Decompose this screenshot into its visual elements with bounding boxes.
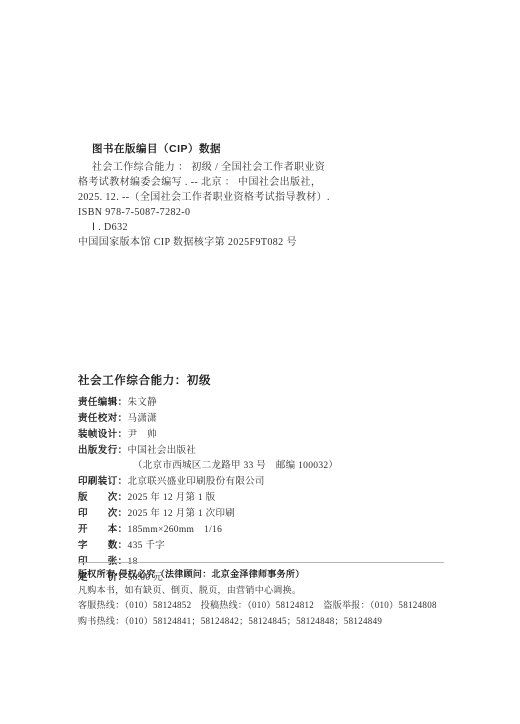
info-value: 尹 帅 [128,430,157,440]
info-row-proofreader: 责任校对：马潇潇 [78,411,448,427]
cip-line-3: 2025. 12. --（全国社会工作者职业资格考试指导教材）. [78,190,448,205]
book-info-block: 社会工作综合能力：初级 责任编辑：朱文静 责任校对：马潇潇 装帧设计：尹 帅 出… [78,372,448,586]
info-row-designer: 装帧设计：尹 帅 [78,427,448,443]
info-label: 版 次： [78,492,128,503]
info-label: 责任编辑： [78,397,128,408]
cip-block: 图书在版编目（CIP）数据 社会工作综合能力 ： 初级 / 全国社会工作者职业资… [78,141,448,250]
info-value: 2025 年 12 月第 1 版 [128,493,216,503]
info-value: 2025 年 12 月第 1 次印刷 [128,509,236,519]
copyright-notice: 版权所有·侵权必究（法律顾问：北京金泽律师事务所） [78,567,468,583]
info-label: 字 数： [78,540,128,551]
cip-record-number-line: 中国国家版本馆 CIP 数据核字第 2025F9T082 号 [78,235,448,250]
info-value: 185mm×260mm 1/16 [128,525,223,535]
purchase-hotline-line: 购书热线：（010）58124841；58124842；58124845；581… [78,614,468,630]
cip-isbn-line: ISBN 978-7-5087-7282-0 [78,205,448,220]
info-value: 435 千字 [128,541,165,551]
info-row-impression: 印 次：2025 年 12 月第 1 次印刷 [78,506,448,522]
info-row-format: 开 本：185mm×260mm 1/16 [78,522,448,538]
cip-classification-line: Ⅰ . D632 [78,220,448,235]
info-label: 开 本： [78,524,128,535]
cip-line-1: 社会工作综合能力 ： 初级 / 全国社会工作者职业资 [78,160,448,175]
copyright-page: 图书在版编目（CIP）数据 社会工作综合能力 ： 初级 / 全国社会工作者职业资… [0,0,520,724]
info-value: 北京联兴盛业印刷股份有限公司 [128,477,265,487]
info-row-editor: 责任编辑：朱文静 [78,395,448,411]
book-title: 社会工作综合能力：初级 [78,372,448,388]
info-label: 出版发行： [78,445,128,456]
copyright-block: 版权所有·侵权必究（法律顾问：北京金泽律师事务所） 凡购本书，如有缺页、倒页、脱… [78,567,468,629]
info-value: 朱文静 [128,398,157,408]
info-row-publisher: 出版发行：中国社会出版社 [78,443,448,459]
info-value: 中国社会出版社 [128,446,197,456]
cip-line-2: 格考试教材编委会编写 . -- 北京 ： 中国社会出版社， [78,175,448,190]
info-row-edition: 版 次：2025 年 12 月第 1 版 [78,490,448,506]
info-label: 印刷装订： [78,476,128,487]
info-label: 装帧设计： [78,429,128,440]
info-row-word-count: 字 数：435 千字 [78,538,448,554]
info-label: 印 次： [78,508,128,519]
service-hotline-line: 客服热线：（010）58124852 投稿热线：（010）58124812 盗版… [78,598,468,614]
horizontal-rule [78,562,444,563]
info-value: 马潇潇 [128,414,157,424]
exchange-policy-line: 凡购本书，如有缺页、倒页、脱页，由营销中心调换。 [78,583,468,599]
info-label: 责任校对： [78,413,128,424]
publisher-address: （北京市西城区二龙路甲 33 号 邮编 100032） [78,459,448,474]
cip-title: 图书在版编目（CIP）数据 [92,141,448,156]
info-row-printer: 印刷装订：北京联兴盛业印刷股份有限公司 [78,474,448,490]
